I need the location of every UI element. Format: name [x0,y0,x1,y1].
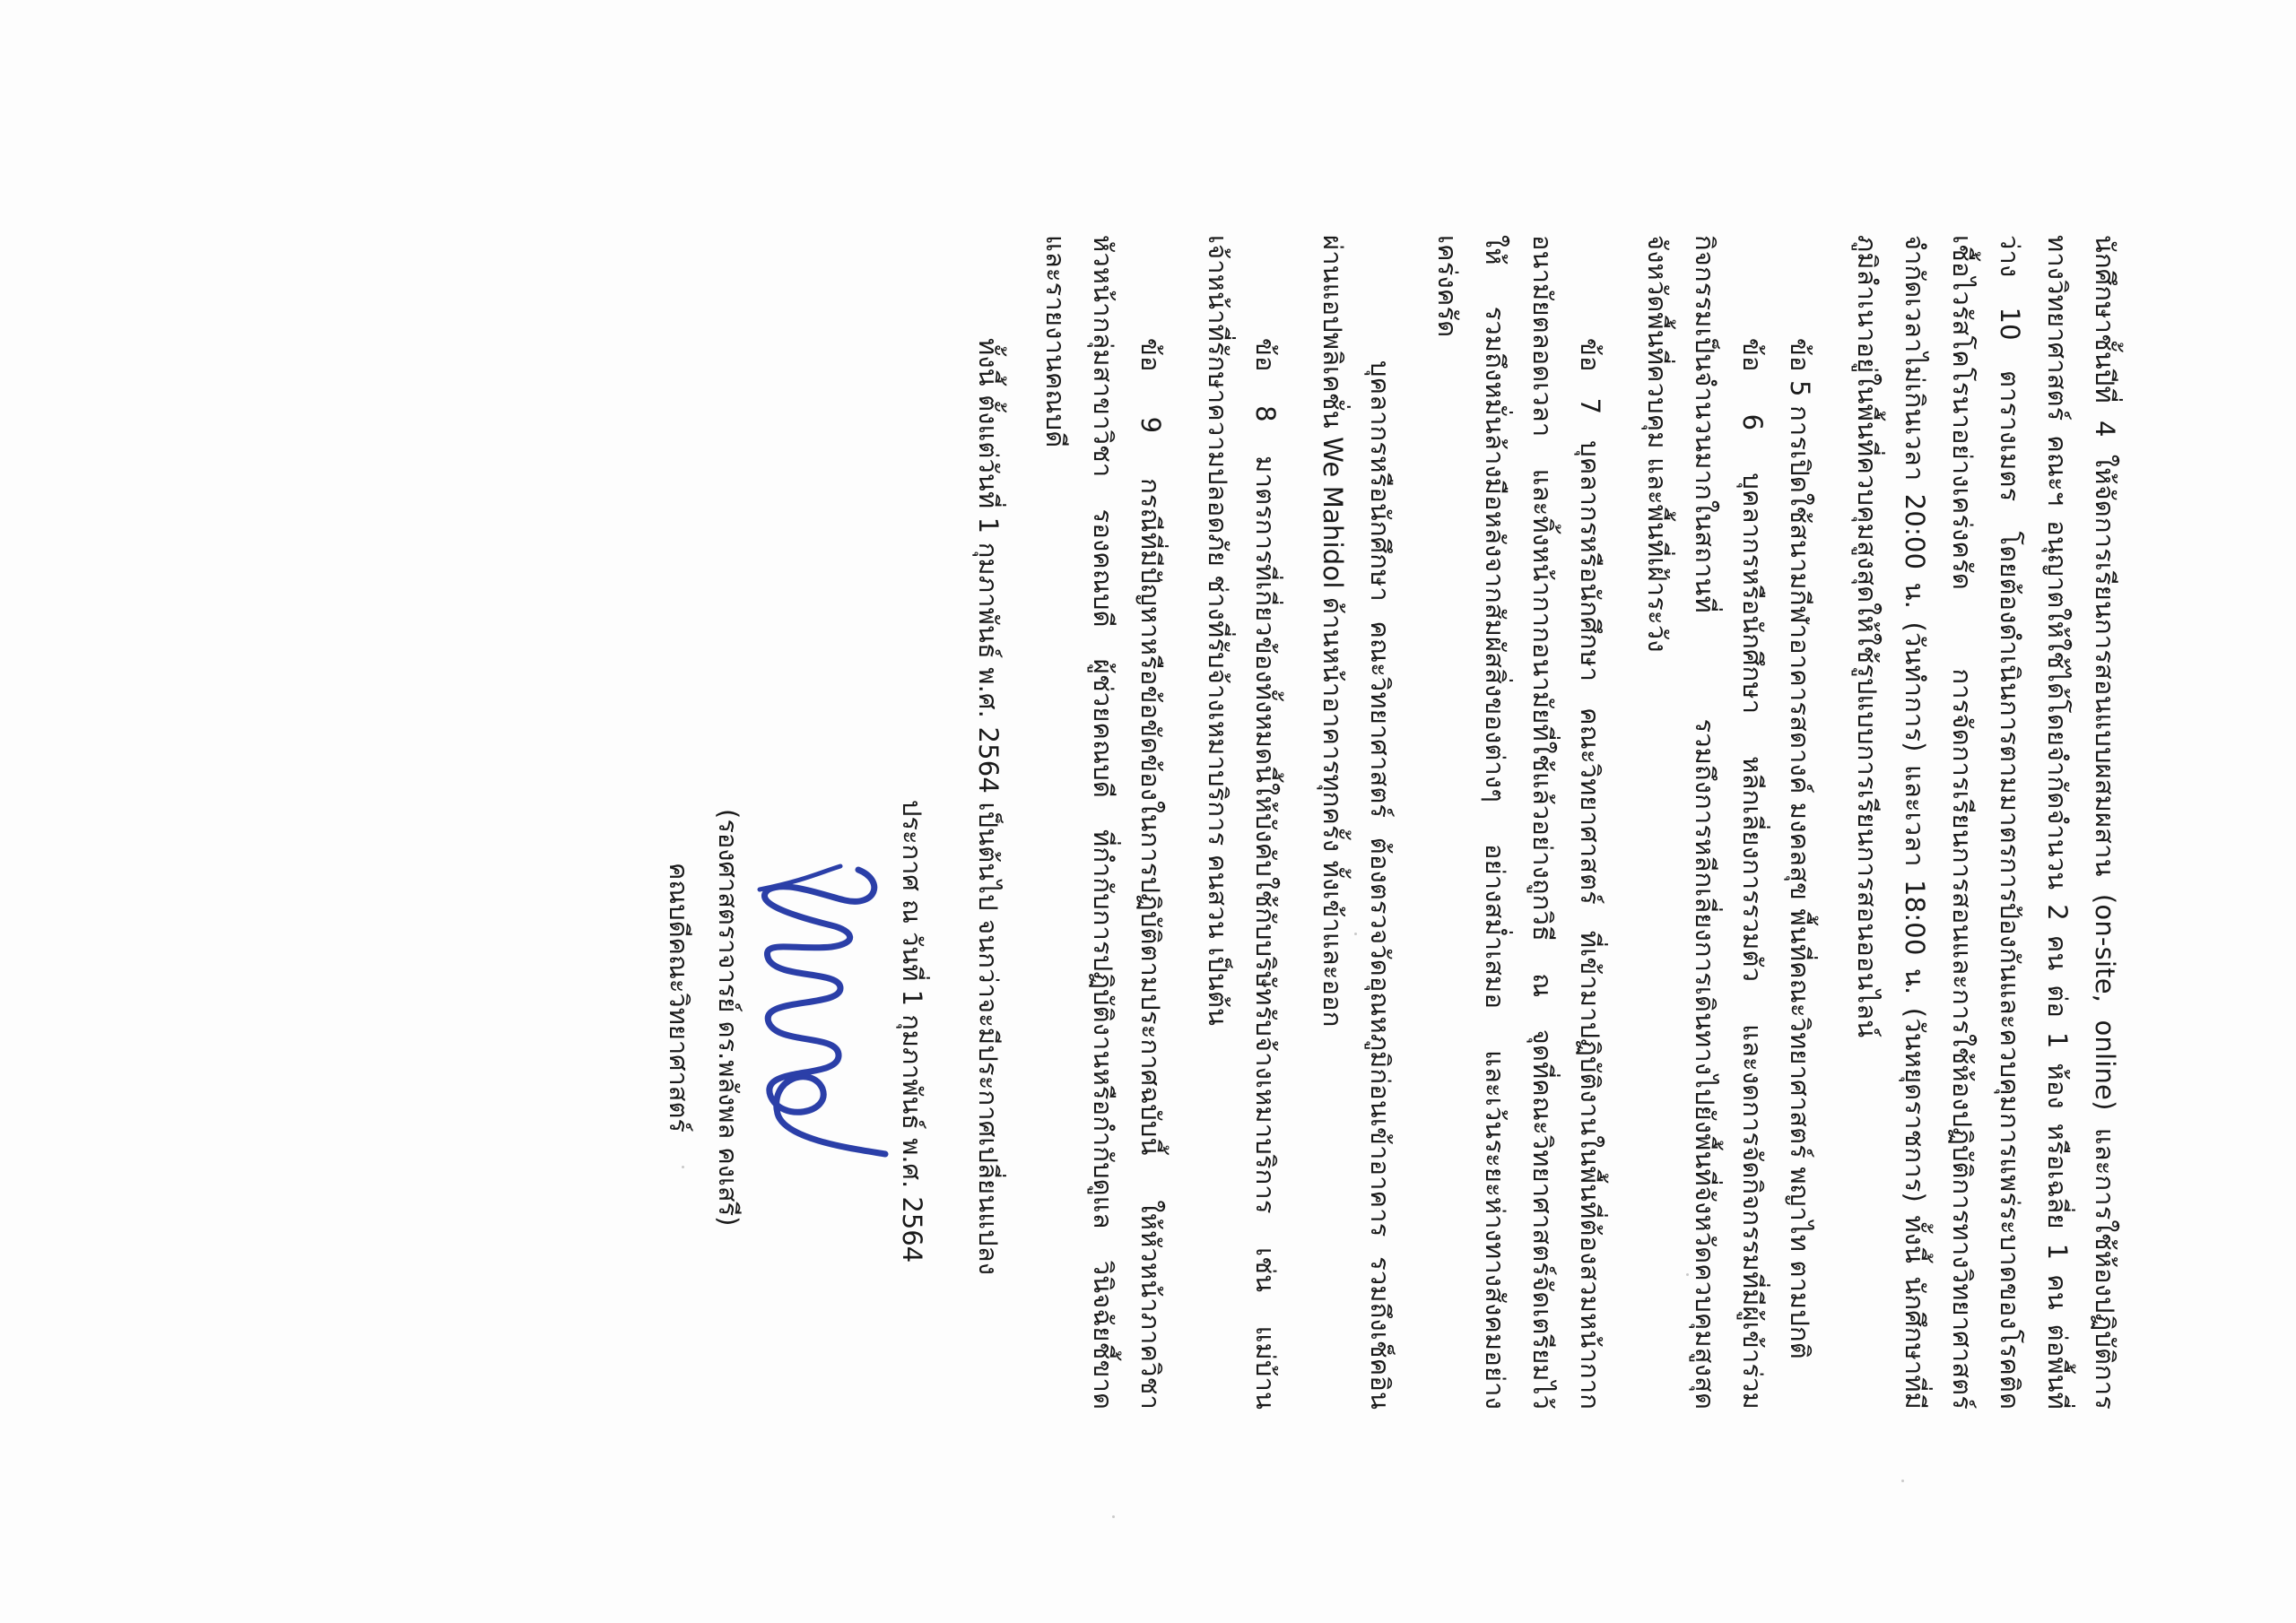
scan-speck [1901,1480,1904,1482]
body-line: ข้อ 7 บุคลากรหรือนักศึกษา คณะวิทยาศาสตร์… [1568,338,1613,1410]
body-line: บุคลากรหรือนักศึกษา คณะวิทยาศาสตร์ ต้องต… [1358,360,1403,1410]
body-line: จังหวัดพื้นที่ควบคุม และพื้นที่เฝ้าระวัง [1635,235,1680,653]
body-line: ทั้งนี้ ตั้งแต่วันที่ 1 กุมภาพันธ์ พ.ศ. … [966,338,1011,1275]
body-line: เชื้อไวรัสโคโรนาอย่างเคร่งครัด การจัดการ… [1940,235,1985,1410]
body-line: ทางวิทยาศาสตร์ คณะฯ อนุญาตให้ใช้ได้โดยจำ… [2035,235,2080,1410]
body-line: ให้ รวมถึงหมั่นล้างมือหลังจากสัมผัสสิ่งข… [1473,235,1518,1410]
body-line: กิจกรรมเป็นจำนวนมากในสถานที่ รวมถึงการหล… [1683,235,1727,1410]
scan-speck [682,1166,684,1168]
body-line: เจ้าหน้าที่รักษาความปลอดภัย ช่างที่รับจ้… [1196,235,1240,1026]
body-line: เคร่งครัด [1425,235,1470,337]
scan-speck [1354,933,1357,935]
body-line: หัวหน้ากลุ่มสาขาวิชา รองคณบดี ผู้ช่วยคณบ… [1081,235,1126,1410]
body-line: ภูมิลำเนาอยู่ในพื้นที่ควบคุมสูงสุดให้ใช้… [1845,235,1890,1037]
signatory-name: (รองศาสตราจารย์ ดร.พลังพล คงเสรี) [706,809,751,1226]
body-line: นักศึกษาชั้นปีที่ 4 ให้จัดการเรียนการสอน… [2083,235,2127,1410]
body-line: ว่าง 10 ตารางเมตร โดยต้องดำเนินการตามมาต… [1987,235,2032,1410]
body-line: อนามัยตลอดเวลา และทิ้งหน้ากากอนามัยที่ใช… [1520,235,1565,1410]
announcement-date: ประกาศ ณ วันที่ 1 กุมภาพันธ์ พ.ศ. 2564 [890,800,935,1263]
scan-speck [1686,1273,1689,1276]
handwritten-signature-icon [742,854,894,1176]
body-line: ผ่านแอปพลิเคชั่น We Mahidol ด้านหน้าอาคา… [1310,235,1355,1028]
signatory-position: คณบดีคณะวิทยาศาสตร์ [657,863,701,1133]
rotated-text-layer: นักศึกษาชั้นปีที่ 4 ให้จัดการเรียนการสอน… [334,235,2127,1428]
body-line: ข้อ 6 บุคลากรหรือนักศึกษา หลีกเลี่ยงการร… [1730,338,1775,1410]
body-line: ข้อ 8 มาตรการที่เกี่ยวข้องทั้งหมดนี้ให้บ… [1243,338,1288,1410]
scanned-document-page: นักศึกษาชั้นปีที่ 4 ให้จัดการเรียนการสอน… [0,0,2296,1623]
scan-speck [1112,1515,1115,1518]
body-line: จำกัดเวลาไม่เกินเวลา 20:00 น. (วันทำการ)… [1892,235,1937,1410]
body-line: และรายงานคณบดี [1033,235,1078,447]
body-line: ข้อ 9 กรณีที่มีปัญหาหรือข้อขัดข้องในการป… [1128,338,1173,1410]
body-line: ข้อ 5 การเปิดใช้สนามกีฬาอาคารสดางค์ มงคล… [1778,338,1822,1359]
